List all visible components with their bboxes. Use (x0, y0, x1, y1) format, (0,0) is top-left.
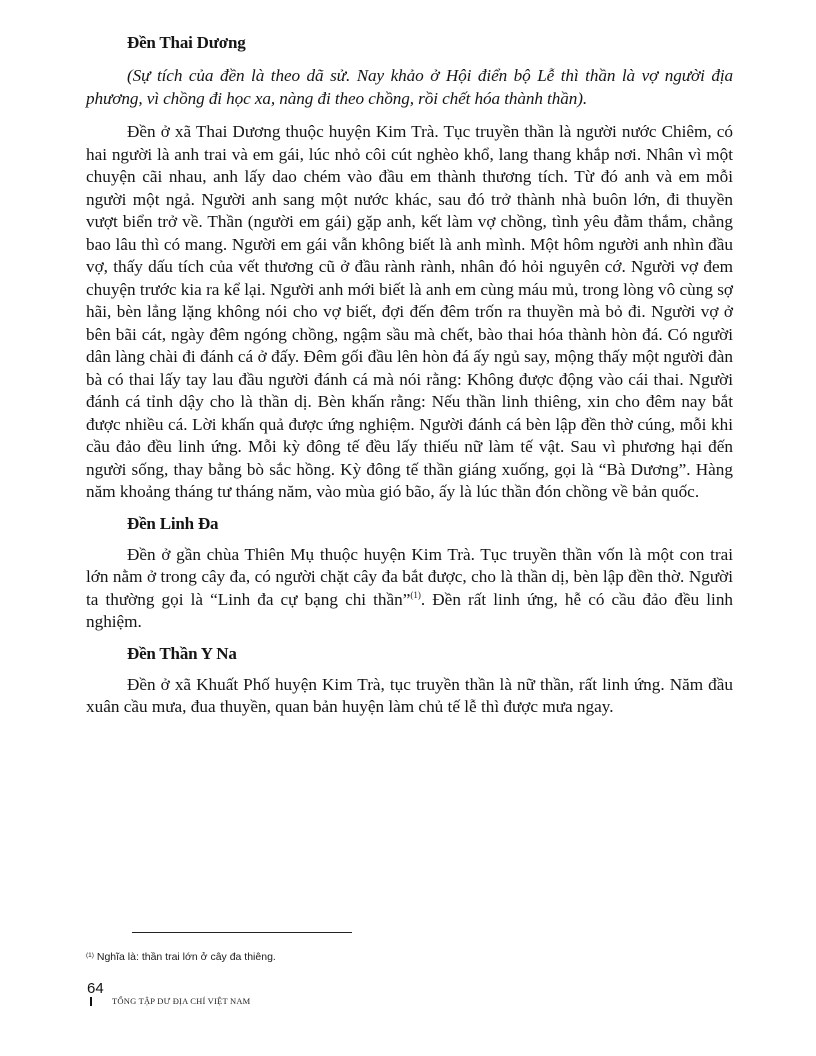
section-body-than-y-na: Đền ở xã Khuất Phố huyện Kim Trà, tục tr… (86, 674, 733, 719)
page-number-tick (90, 997, 92, 1006)
section-heading-linh-da: Đền Linh Đa (86, 513, 733, 535)
footnote-reference: (1) (410, 590, 421, 600)
running-footer-title: Tổng tập dư địa chí Việt Nam (112, 996, 250, 1006)
footnote: (1) Nghĩa là: thần trai lớn ở cây đa thi… (86, 951, 276, 963)
footnote-text: Nghĩa là: thần trai lớn ở cây đa thiêng. (94, 951, 276, 963)
section-heading-than-y-na: Đền Thần Y Na (86, 643, 733, 665)
section-body-linh-da: Đền ở gần chùa Thiên Mụ thuộc huyện Kim … (86, 544, 733, 634)
footnote-divider (132, 932, 352, 933)
section-heading-thai-duong: Đền Thai Dương (86, 32, 733, 54)
footnote-mark: (1) (86, 952, 94, 959)
page-body: Đền Thai Dương (Sự tích của đền là theo … (86, 30, 733, 719)
section-note-thai-duong: (Sự tích của đền là theo dã sử. Nay khảo… (86, 65, 733, 110)
section-body-thai-duong: Đền ở xã Thai Dương thuộc huyện Kim Trà.… (86, 121, 733, 504)
page-number: 64 (87, 981, 104, 996)
